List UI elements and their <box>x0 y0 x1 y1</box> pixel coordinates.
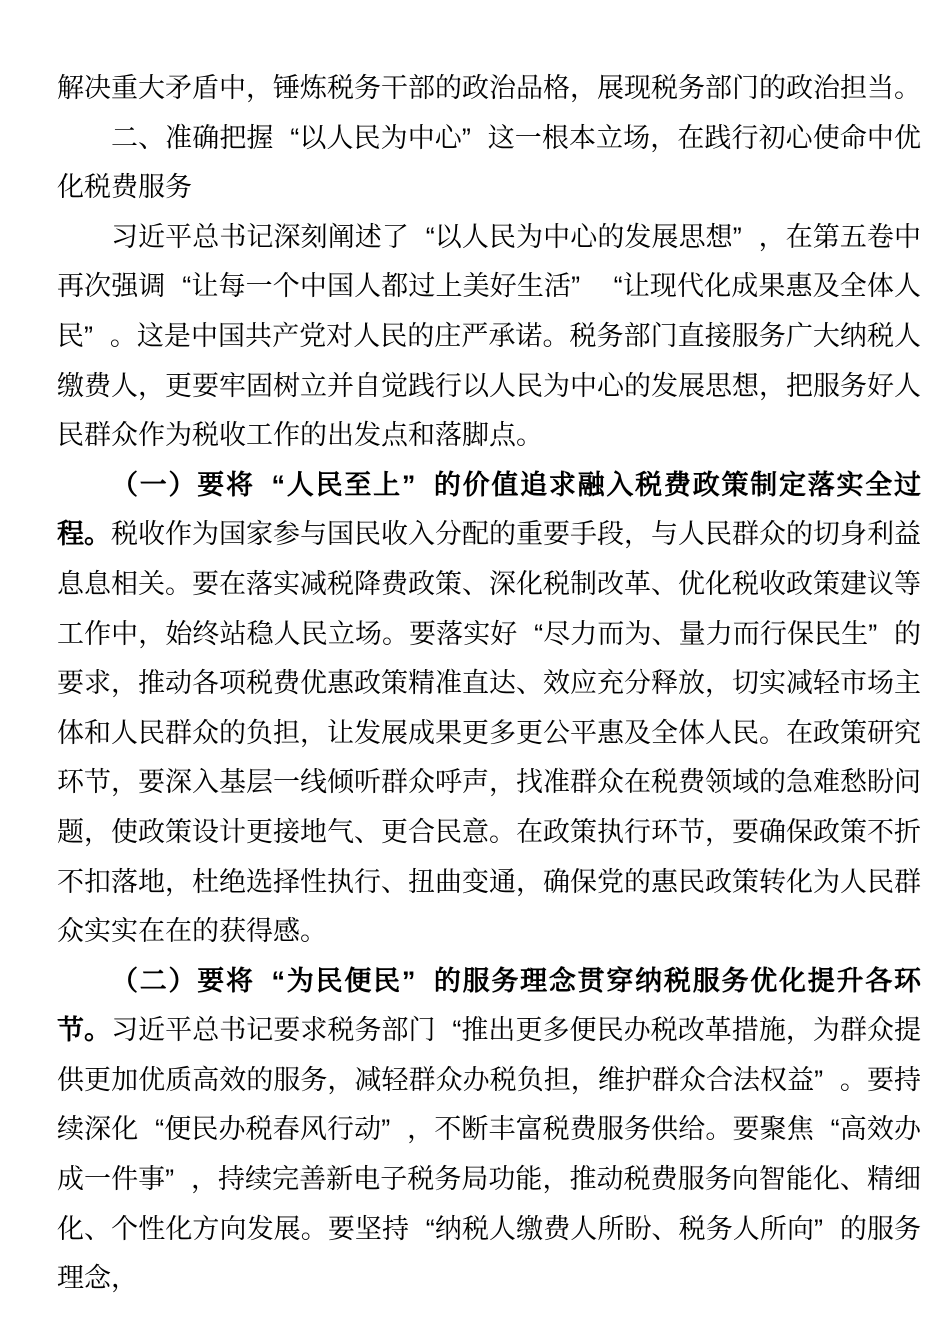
paragraph-point-2: （二）要将“为民便民”的服务理念贯穿纳税服务优化提升各环节。习近平总书记要求税务… <box>57 957 921 1304</box>
paragraph-continuation: 解决重大矛盾中，锤炼税务干部的政治品格，展现税务部门的政治担当。 <box>57 64 921 114</box>
document-page: 解决重大矛盾中，锤炼税务干部的政治品格，展现税务部门的政治担当。 二、准确把握“… <box>0 0 950 1344</box>
paragraph-point-1: （一）要将“人民至上”的价值追求融入税费政策制定落实全过程。税收作为国家参与国民… <box>57 461 921 957</box>
point-1-body: 税收作为国家参与国民收入分配的重要手段，与人民群众的切身利益息息相关。要在落实减… <box>57 519 921 946</box>
document-text-block: 解决重大矛盾中，锤炼税务干部的政治品格，展现税务部门的政治担当。 二、准确把握“… <box>57 64 921 1304</box>
paragraph-intro: 习近平总书记深刻阐述了“以人民为中心的发展思想”，在第五卷中再次强调“让每一个中… <box>57 213 921 461</box>
section-heading: 二、准确把握“以人民为中心”这一根本立场，在践行初心使命中优化税费服务 <box>57 114 921 213</box>
point-2-body: 习近平总书记要求税务部门“推出更多便民办税改革措施，为群众提供更加优质高效的服务… <box>57 1015 921 1293</box>
